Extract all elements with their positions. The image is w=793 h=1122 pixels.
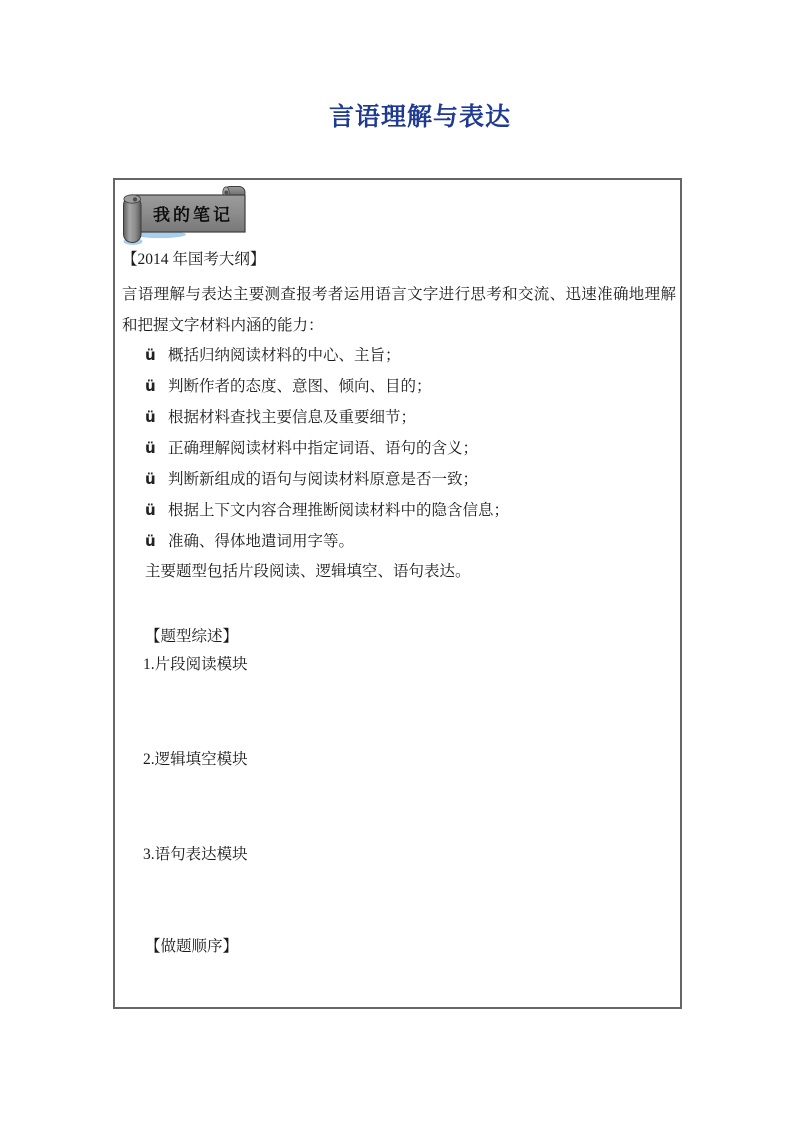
syllabus-bullet-list: ü概括归纳阅读材料的中心、主旨； ü判断作者的态度、意图、倾向、目的； ü根据材… [145, 340, 509, 557]
syllabus-intro-paragraph: 言语理解与表达主要测查报考者运用语言文字进行思考和交流、迅速准确地理解和把握文字… [122, 280, 676, 341]
bullet-item: ü根据材料查找主要信息及重要细节； [145, 402, 509, 433]
bullet-text: 概括归纳阅读材料的中心、主旨； [168, 347, 401, 364]
bullet-text: 准确、得体地遣词用字等。 [168, 533, 354, 550]
question-types-summary: 主要题型包括片段阅读、逻辑填空、语句表达。 [145, 562, 471, 582]
page-title: 言语理解与表达 [120, 97, 720, 133]
question-order-heading: 【做题顺序】 [145, 937, 238, 957]
module-item-logic-fill: 2.逻辑填空模块 [143, 750, 248, 770]
bullet-marker-icon: ü [145, 433, 168, 464]
scroll-banner-icon: 我的笔记 [122, 185, 252, 247]
notes-box: 我的笔记 【2014 年国考大纲】 言语理解与表达主要测查报考者运用语言文字进行… [113, 178, 682, 1009]
bullet-marker-icon: ü [145, 464, 168, 495]
bullet-text: 判断新组成的语句与阅读材料原意是否一致； [168, 471, 478, 488]
bullet-marker-icon: ü [145, 371, 168, 402]
bullet-item: ü概括归纳阅读材料的中心、主旨； [145, 340, 509, 371]
document-page: { "page": { "title": "言语理解与表达" }, "note_… [0, 0, 793, 1122]
bullet-item: ü判断作者的态度、意图、倾向、目的； [145, 371, 509, 402]
bullet-item: ü判断新组成的语句与阅读材料原意是否一致； [145, 464, 509, 495]
bullet-text: 根据材料查找主要信息及重要细节； [168, 409, 416, 426]
bullet-marker-icon: ü [145, 340, 168, 371]
banner-label: 我的笔记 [153, 205, 233, 226]
bullet-marker-icon: ü [145, 495, 168, 526]
bullet-item: ü正确理解阅读材料中指定词语、语句的含义； [145, 433, 509, 464]
notes-banner: 我的笔记 [122, 185, 252, 247]
bullet-item: ü根据上下文内容合理推断阅读材料中的隐含信息； [145, 495, 509, 526]
type-overview-heading: 【题型综述】 [145, 627, 238, 647]
bullet-text: 根据上下文内容合理推断阅读材料中的隐含信息； [168, 502, 509, 519]
syllabus-heading: 【2014 年国考大纲】 [122, 250, 265, 270]
bullet-text: 判断作者的态度、意图、倾向、目的； [168, 378, 432, 395]
module-item-fragment-reading: 1.片段阅读模块 [143, 655, 248, 675]
bullet-marker-icon: ü [145, 402, 168, 433]
module-item-sentence-expression: 3.语句表达模块 [143, 845, 248, 865]
bullet-marker-icon: ü [145, 526, 168, 557]
bullet-text: 正确理解阅读材料中指定词语、语句的含义； [168, 440, 478, 457]
bullet-item: ü准确、得体地遣词用字等。 [145, 526, 509, 557]
